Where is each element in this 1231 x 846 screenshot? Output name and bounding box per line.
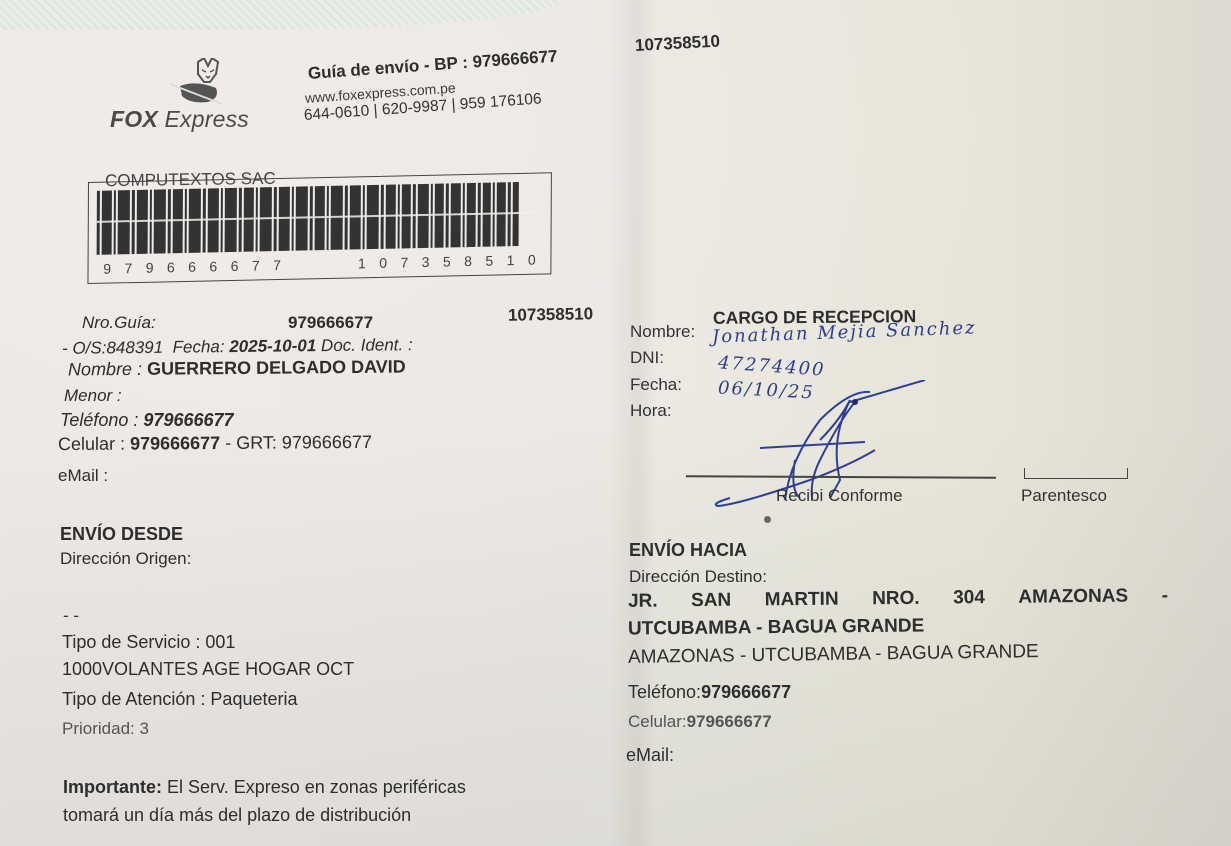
- barcode-digits: 979666677107358510: [97, 251, 543, 276]
- parentesco-label: Parentesco: [1021, 486, 1107, 506]
- barcode-digit: 7: [118, 260, 139, 276]
- recepcion-hora-label: Hora:: [630, 401, 672, 421]
- barcode-bar: [331, 186, 343, 250]
- barcode-digit: 7: [394, 254, 415, 270]
- nombre-label: Nombre :: [68, 359, 142, 380]
- direccion-origen-value: - -: [63, 606, 79, 626]
- barcode-digit: 8: [457, 253, 478, 269]
- barcode: 979666677107358510: [87, 172, 551, 284]
- barcode-bar: [185, 189, 187, 253]
- barcode-bar: [225, 188, 237, 252]
- barcode-bar: [97, 191, 100, 255]
- nombre-value: GUERRERO DELGADO DAVID: [147, 357, 406, 379]
- barcode-bar: [256, 187, 258, 251]
- barcode-digit: 6: [203, 258, 224, 274]
- paper-mark: [764, 516, 771, 523]
- barcode-bar: [154, 189, 166, 253]
- envio-hacia-title: ENVÍO HACIA: [629, 540, 747, 561]
- telefono-label: Teléfono :: [60, 410, 138, 430]
- barcode-bar: [497, 182, 506, 246]
- brand-bold: FOX: [110, 106, 158, 132]
- barcode-bar: [310, 186, 313, 250]
- telefono-value: 979666677: [143, 410, 233, 430]
- barcode-bar: [292, 187, 294, 251]
- barcode-digit: [288, 256, 309, 272]
- direccion-origen-label: Dirección Origen:: [60, 549, 191, 569]
- grt-value: - GRT: 979666677: [225, 432, 372, 453]
- tipo-servicio: Tipo de Servicio : 001: [62, 632, 235, 653]
- envio-desde-title: ENVÍO DESDE: [60, 524, 183, 545]
- barcode-digit: 6: [224, 258, 245, 274]
- destino-telefono-value: 979666677: [701, 682, 791, 702]
- nro-guia-value: 979666677: [288, 313, 373, 333]
- address-word: JR.: [628, 591, 658, 613]
- address-word: NRO.: [872, 588, 920, 610]
- fox-head-icon: [150, 58, 230, 108]
- barcode-bar: [296, 186, 308, 250]
- barcode-bar: [451, 183, 461, 247]
- address-word: AMAZONAS: [1018, 586, 1128, 609]
- barcode-bar: [413, 184, 416, 248]
- importante-label: Importante:: [63, 777, 162, 797]
- direccion-destino-label: Dirección Destino:: [629, 567, 767, 587]
- destino-celular-value: 979666677: [687, 712, 772, 731]
- fecha-value: 2025-10-01: [229, 336, 316, 356]
- menor-label: Menor :: [64, 386, 122, 405]
- barcode-bar: [386, 185, 396, 249]
- nro-guia-extra: 107358510: [508, 304, 593, 325]
- recepcion-fecha-label: Fecha:: [630, 375, 682, 395]
- barcode-digit: 7: [266, 257, 287, 273]
- barcode-bar: [132, 190, 135, 254]
- barcode-bar: [431, 184, 433, 248]
- brand-name: FOX Express: [110, 106, 249, 133]
- barcode-bar: [367, 185, 379, 249]
- barcode-bar: [274, 187, 277, 251]
- address-word: SAN: [691, 590, 731, 612]
- barcode-bar: [137, 190, 148, 254]
- telefono-row: Teléfono : 979666677: [60, 410, 234, 431]
- recepcion-nombre-label: Nombre:: [630, 322, 695, 342]
- brand-light: Express: [164, 106, 248, 132]
- barcode-bar: [114, 190, 116, 254]
- barcode-digit: 5: [436, 253, 457, 269]
- barcode-bar: [398, 184, 400, 248]
- barcode-bar: [513, 182, 519, 246]
- address-word: -: [1162, 585, 1169, 607]
- fecha-label: Fecha:: [172, 337, 224, 357]
- barcode-bar: [483, 183, 491, 247]
- recibi-conforme-label: Recibi Conforme: [776, 486, 903, 506]
- barcode-digit: 5: [479, 252, 500, 268]
- barcode-bar: [350, 185, 361, 249]
- celular-row: Celular : 979666677 - GRT: 979666677: [58, 432, 372, 455]
- barcode-bar: [315, 186, 325, 250]
- barcode-bar: [345, 186, 348, 250]
- nro-guia-label: Nro.Guía:: [82, 313, 156, 333]
- barcode-bar: [327, 186, 329, 250]
- barcode-bar: [493, 182, 495, 246]
- barcode-bar: [446, 183, 449, 247]
- barcode-bars: [97, 181, 543, 254]
- prioridad: Prioridad: 3: [62, 719, 149, 739]
- barcode-digit: 1: [351, 255, 372, 271]
- destino-telefono-row: Teléfono:979666677: [628, 682, 791, 703]
- os-fecha-doc-row: - O/S:848391 Fecha: 2025-10-01 Doc. Iden…: [62, 335, 413, 359]
- barcode-bar: [203, 189, 206, 253]
- barcode-digit: 0: [521, 251, 542, 267]
- barcode-digit: [309, 256, 330, 272]
- barcode-bar: [173, 189, 183, 253]
- os-number: - O/S:848391: [62, 338, 163, 358]
- importante-line1: Importante: El Serv. Expreso en zonas pe…: [63, 777, 466, 798]
- destino-celular-row: Celular:979666677: [628, 712, 772, 732]
- menor-row: Menor :: [64, 386, 122, 406]
- email-row: eMail :: [58, 466, 108, 486]
- fox-express-logo: FOX Express: [110, 58, 290, 138]
- importante-text1: El Serv. Expreso en zonas periféricas: [167, 777, 466, 797]
- recepcion-dni-label: DNI:: [630, 348, 664, 368]
- barcode-bar: [239, 188, 242, 252]
- email-label: eMail :: [58, 466, 108, 485]
- barcode-bar: [102, 191, 112, 255]
- doc-ident-label: Doc. Ident. :: [321, 335, 413, 355]
- destino-celular-label: Celular:: [628, 712, 687, 731]
- barcode-bar: [150, 190, 152, 254]
- destino-email-row: eMail:: [626, 745, 674, 766]
- nombre-row: Nombre : GUERRERO DELGADO DAVID: [68, 357, 406, 381]
- direccion-destino-line2: UTCUBAMBA - BAGUA GRANDE: [628, 615, 924, 640]
- barcode-digit: 6: [181, 259, 202, 275]
- barcode-digit: 3: [415, 254, 436, 270]
- celular-value: 979666677: [130, 433, 220, 454]
- barcode-bar: [363, 185, 365, 249]
- barcode-bar: [260, 187, 272, 251]
- address-word: MARTIN: [765, 589, 839, 612]
- barcode-bar: [189, 189, 201, 253]
- barcode-digit: 7: [245, 257, 266, 273]
- barcode-digit: 9: [139, 260, 160, 276]
- parentesco-line: [1024, 468, 1128, 479]
- barcode-digit: 0: [372, 255, 393, 271]
- destino-email-label: eMail:: [626, 745, 674, 765]
- barcode-bar: [208, 188, 219, 252]
- barcode-digit: 9: [97, 260, 118, 276]
- barcode-digit: 1: [500, 252, 521, 268]
- address-word: 304: [953, 587, 985, 609]
- tipo-atencion: Tipo de Atención : Paqueteria: [62, 689, 298, 710]
- barcode-bar: [467, 183, 476, 247]
- destino-telefono-label: Teléfono:: [628, 682, 701, 702]
- barcode-bar: [168, 189, 171, 253]
- barcode-bar: [279, 187, 290, 251]
- barcode-digit: [330, 256, 351, 272]
- barcode-bar: [221, 188, 223, 252]
- barcode-bar: [463, 183, 465, 247]
- barcode-bar: [402, 184, 411, 248]
- barcode-digit: 6: [160, 259, 181, 275]
- barcode-bar: [418, 184, 429, 248]
- barcode-bar: [118, 190, 130, 254]
- barcode-bar: [435, 184, 444, 248]
- servicio-descripcion: 1000VOLANTES AGE HOGAR OCT: [62, 659, 354, 680]
- barcode-bar: [478, 183, 481, 247]
- barcode-bar: [508, 182, 511, 246]
- celular-label: Celular :: [58, 434, 125, 454]
- barcode-bar: [381, 185, 384, 249]
- importante-line2: tomará un día más del plazo de distribuc…: [63, 805, 411, 826]
- barcode-bar: [244, 188, 254, 252]
